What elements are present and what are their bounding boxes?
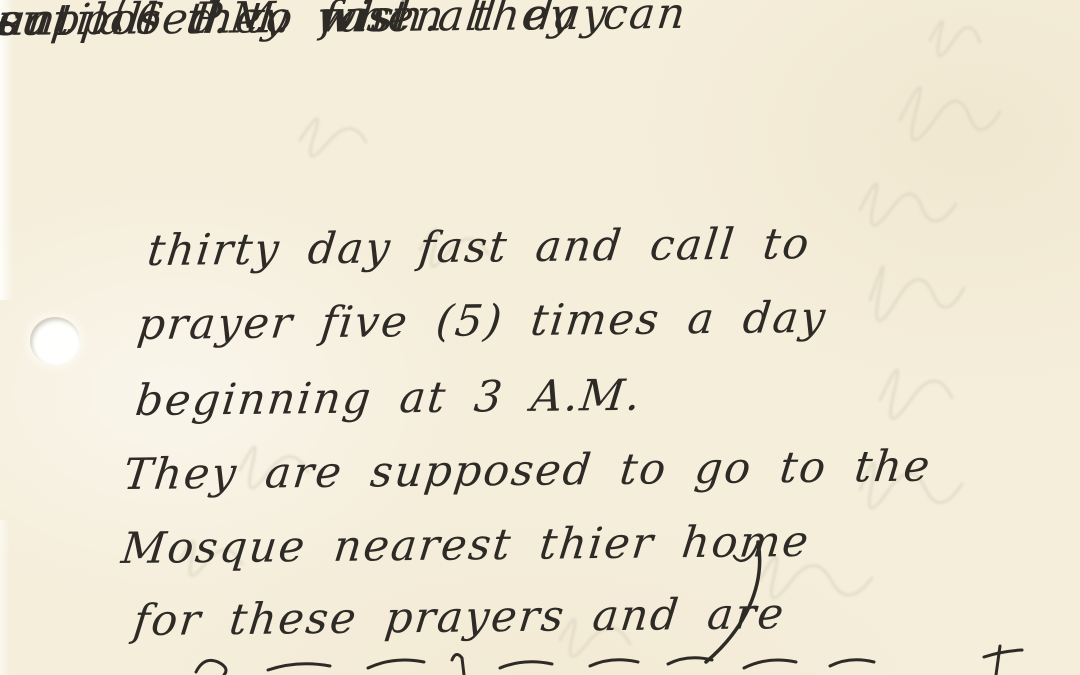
handwritten-line: for these prayers and are: [131, 593, 787, 643]
scanned-letter-page: thirty day fast and call to prayer five …: [0, 0, 1080, 675]
handwritten-line: beginning at 3 A.M.: [133, 375, 644, 423]
punch-hole: [30, 317, 80, 365]
handwritten-line: eat all they wish.: [0, 0, 443, 43]
handwritten-line: thirty day fast and call to: [145, 223, 813, 273]
handwritten-line: They are supposed to go to the: [121, 446, 933, 498]
handwritten-line: prayer five (5) times a day: [135, 297, 829, 347]
handwritten-line: Mosque nearest thier home: [119, 521, 812, 571]
